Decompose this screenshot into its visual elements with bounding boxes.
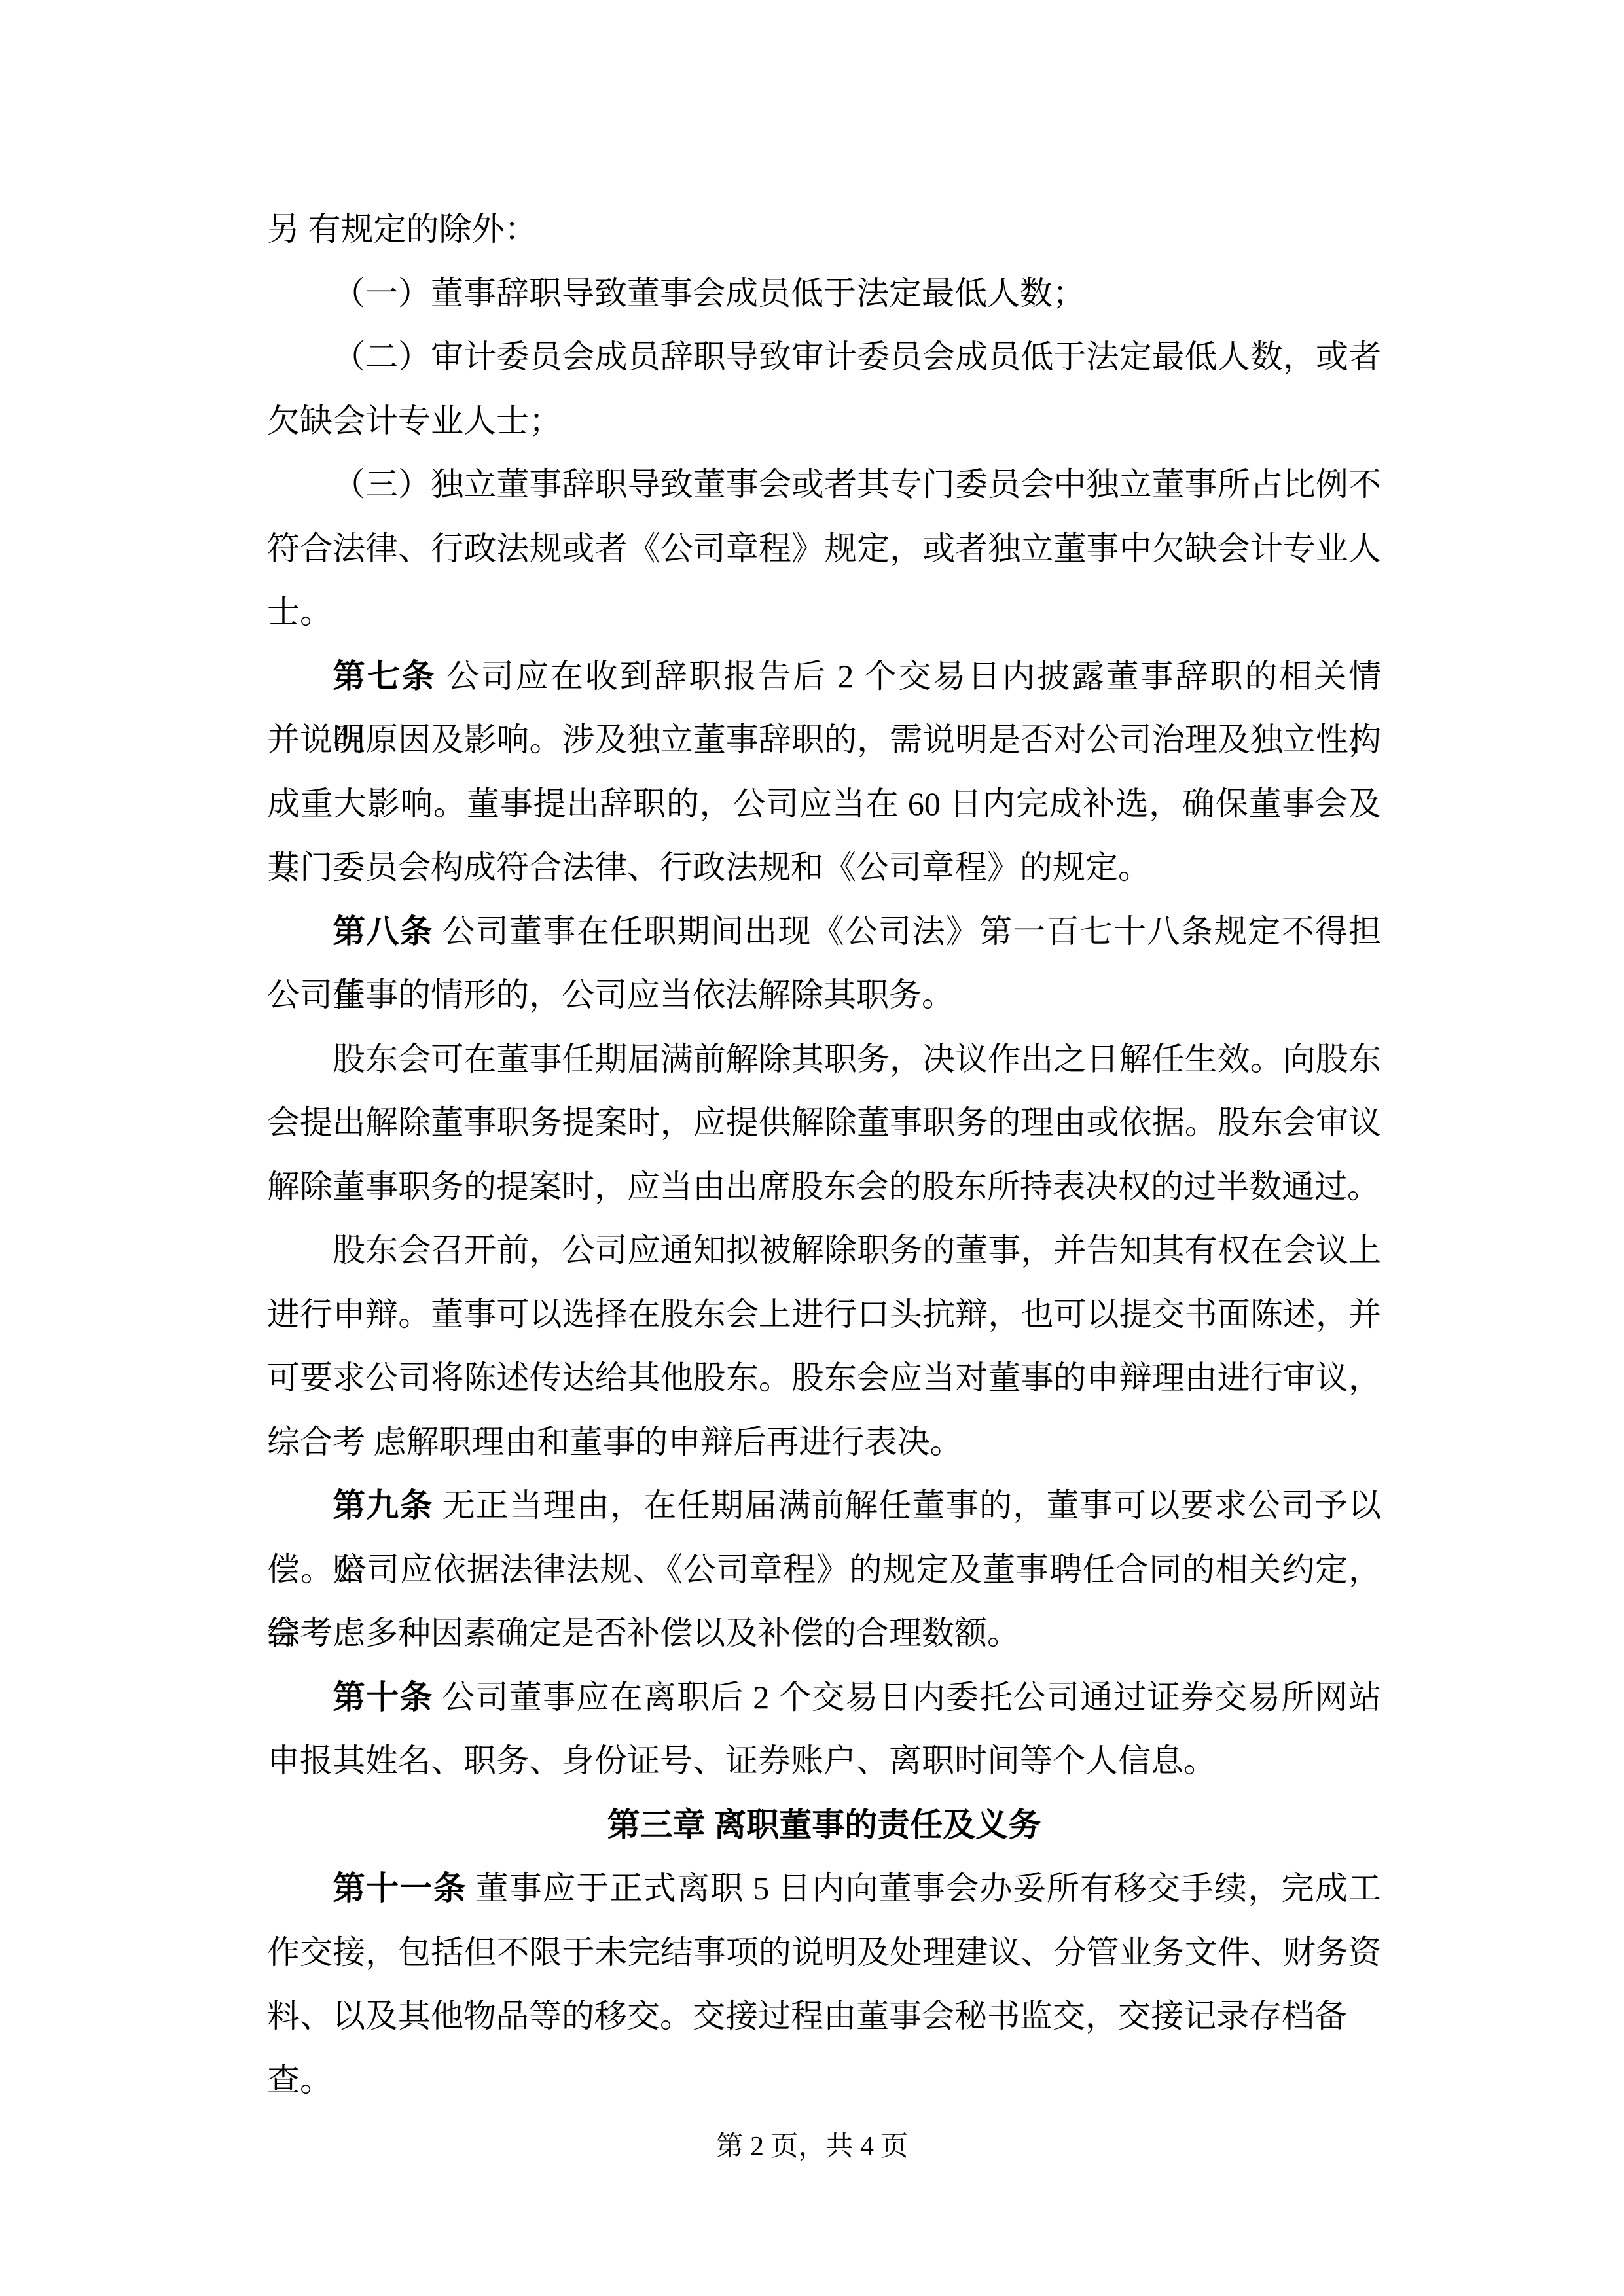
- text-line: 申报其姓名、职务、身份证号、证券账户、离职时间等个人信息。: [267, 1729, 1381, 1793]
- bold-text-segment: 第八条: [333, 913, 433, 950]
- text-line: 第七条 公司应在收到辞职报告后 2 个交易日内披露董事辞职的相关情况，: [267, 645, 1381, 709]
- text-line: 欠缺会计专业人士；: [267, 389, 1381, 454]
- text-segment: 公司董事的情形的，公司应当依法解除其职务。: [267, 977, 954, 1013]
- text-line: 第九条 无正当理由，在任期届满前解任董事的，董事可以要求公司予以赔: [267, 1474, 1381, 1538]
- chapter-heading: 第三章 离职董事的责任及义务: [267, 1793, 1381, 1857]
- text-line: 偿。公司应依据法律法规、《公司章程》的规定及董事聘任合同的相关约定，综: [267, 1538, 1381, 1602]
- text-segment: 士。: [267, 594, 333, 630]
- text-line: 股东会可在董事任期届满前解除其职务，决议作出之日解任生效。向股东: [267, 1028, 1381, 1092]
- bold-text-segment: 第三章 离职董事的责任及义务: [607, 1806, 1041, 1843]
- text-line: 合考虑多种因素确定是否补偿以及补偿的合理数额。: [267, 1602, 1381, 1666]
- page-footer: 第 2 页，共 4 页: [0, 2125, 1624, 2168]
- text-segment: 符合法律、行政法规或者《公司章程》规定，或者独立董事中欠缺会计专业人: [267, 530, 1381, 567]
- bold-text-segment: 第七条: [333, 658, 437, 694]
- text-segment: 合考虑多种因素确定是否补偿以及补偿的合理数额。: [267, 1615, 1020, 1651]
- text-line: 作交接，包括但不限于未完结事项的说明及处理建议、分管业务文件、财务资: [267, 1921, 1381, 1985]
- text-line: 专门委员会构成符合法律、行政法规和《公司章程》的规定。: [267, 836, 1381, 900]
- text-line: 第八条 公司董事在任职期间出现《公司法》第一百七十八条规定不得担任: [267, 900, 1381, 964]
- text-segment: 申报其姓名、职务、身份证号、证券账户、离职时间等个人信息。: [267, 1742, 1216, 1779]
- text-line: 符合法律、行政法规或者《公司章程》规定，或者独立董事中欠缺会计专业人: [267, 517, 1381, 581]
- text-segment: 另 有规定的除外：: [267, 211, 537, 247]
- text-segment: 作交接，包括但不限于未完结事项的说明及处理建议、分管业务文件、财务资: [267, 1934, 1381, 1971]
- text-line: 成重大影响。董事提出辞职的，公司应当在 60 日内完成补选，确保董事会及其: [267, 772, 1381, 836]
- document-root: { "page": { "width": 2481, "height": 350…: [0, 0, 1624, 2296]
- text-line: （二）审计委员会成员辞职导致审计委员会成员低于法定最低人数，或者: [267, 325, 1381, 389]
- text-line: 另 有规定的除外：: [267, 198, 1381, 262]
- bold-text-segment: 第十条: [333, 1679, 433, 1715]
- text-line: 会提出解除董事职务提案时，应提供解除董事职务的理由或依据。股东会审议: [267, 1091, 1381, 1155]
- document-page: 另 有规定的除外：（一）董事辞职导致董事会成员低于法定最低人数；（二）审计委员会…: [0, 0, 1624, 2296]
- text-segment: 公司董事应在离职后 2 个交易日内委托公司通过证券交易所网站: [433, 1679, 1381, 1715]
- text-line: 进行申辩。董事可以选择在股东会上进行口头抗辩，也可以提交书面陈述，并: [267, 1283, 1381, 1347]
- text-segment: 进行申辩。董事可以选择在股东会上进行口头抗辩，也可以提交书面陈述，并: [267, 1296, 1381, 1333]
- text-segment: 董事应于正式离职 5 日内向董事会办妥所有移交手续，完成工: [467, 1870, 1381, 1907]
- text-line: 料、以及其他物品等的移交。交接过程由董事会秘书监交，交接记录存档备查。: [267, 1984, 1381, 2049]
- page-number: 第 2 页，共 4 页: [715, 2132, 908, 2162]
- text-line: 士。: [267, 581, 1381, 645]
- document-body: 另 有规定的除外：（一）董事辞职导致董事会成员低于法定最低人数；（二）审计委员会…: [267, 198, 1381, 2049]
- bold-text-segment: 第九条: [333, 1487, 433, 1524]
- text-line: 第十条 公司董事应在离职后 2 个交易日内委托公司通过证券交易所网站: [267, 1666, 1381, 1730]
- text-segment: 欠缺会计专业人士；: [267, 403, 562, 439]
- bold-text-segment: 第十一条: [333, 1870, 467, 1907]
- text-line: 公司董事的情形的，公司应当依法解除其职务。: [267, 963, 1381, 1028]
- text-segment: 专门委员会构成符合法律、行政法规和《公司章程》的规定。: [267, 849, 1151, 886]
- text-segment: 综合考 虑解职理由和董事的申辩后再进行表决。: [267, 1424, 963, 1460]
- text-line: （三）独立董事辞职导致董事会或者其专门委员会中独立董事所占比例不: [267, 453, 1381, 517]
- text-line: 并说明原因及影响。涉及独立董事辞职的，需说明是否对公司治理及独立性构: [267, 708, 1381, 772]
- text-segment: 解除董事职务的提案时，应当由出席股东会的股东所持表决权的过半数通过。: [267, 1168, 1380, 1205]
- text-segment: 股东会可在董事任期届满前解除其职务，决议作出之日解任生效。向股东: [333, 1041, 1381, 1077]
- text-line: 综合考 虑解职理由和董事的申辩后再进行表决。: [267, 1410, 1381, 1475]
- text-segment: 可要求公司将陈述传达给其他股东。股东会应当对董事的申辩理由进行审议，: [267, 1359, 1381, 1396]
- text-segment: 料、以及其他物品等的移交。交接过程由董事会秘书监交，交接记录存档备查。: [267, 1998, 1347, 2098]
- text-line: 可要求公司将陈述传达给其他股东。股东会应当对董事的申辩理由进行审议，: [267, 1346, 1381, 1410]
- text-segment: （三）独立董事辞职导致董事会或者其专门委员会中独立董事所占比例不: [333, 466, 1381, 503]
- text-line: （一）董事辞职导致董事会成员低于法定最低人数；: [267, 262, 1381, 326]
- text-segment: 并说明原因及影响。涉及独立董事辞职的，需说明是否对公司治理及独立性构: [267, 721, 1381, 758]
- text-segment: （二）审计委员会成员辞职导致审计委员会成员低于法定最低人数，或者: [333, 338, 1381, 375]
- text-segment: （一）董事辞职导致董事会成员低于法定最低人数；: [333, 275, 1085, 312]
- text-segment: 会提出解除董事职务提案时，应提供解除董事职务的理由或依据。股东会审议: [267, 1104, 1381, 1141]
- text-segment: 股东会召开前，公司应通知拟被解除职务的董事，并告知其有权在会议上: [333, 1232, 1381, 1268]
- text-line: 第十一条 董事应于正式离职 5 日内向董事会办妥所有移交手续，完成工: [267, 1857, 1381, 1921]
- text-line: 股东会召开前，公司应通知拟被解除职务的董事，并告知其有权在会议上: [267, 1219, 1381, 1283]
- text-line: 解除董事职务的提案时，应当由出席股东会的股东所持表决权的过半数通过。: [267, 1155, 1381, 1219]
